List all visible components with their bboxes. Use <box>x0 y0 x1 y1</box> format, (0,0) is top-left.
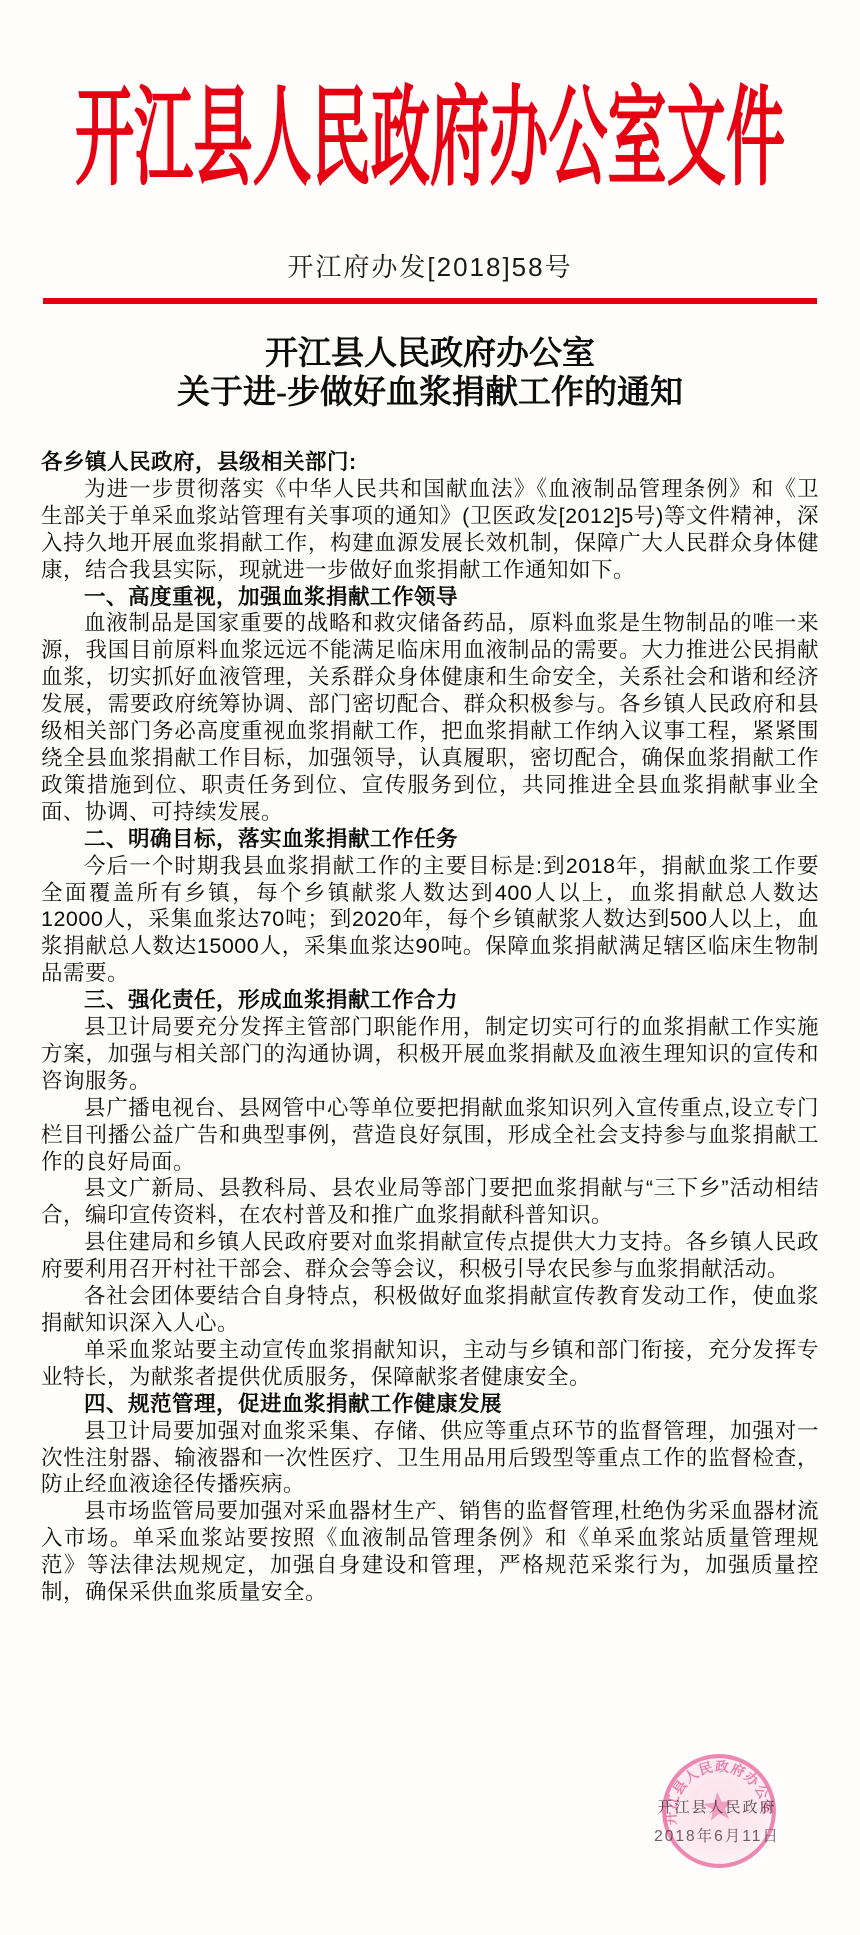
letterhead-org-title: 开江县人民政府办公室文件 <box>75 86 785 195</box>
seal-issuer-text: 开江县人民政府 <box>652 1796 782 1817</box>
official-seal: 开江县人民政府办公室 开江县人民政府 2018年6月11日 <box>650 1748 790 1888</box>
section-heading-2: 二、明确目标，落实血浆捐献工作任务 <box>41 826 819 853</box>
paragraph: 县卫计局要加强对血浆采集、存储、供应等重点环节的监督管理，加强对一次性注射器、输… <box>41 1418 819 1499</box>
paragraph: 县市场监管局要加强对采血器材生产、销售的监督管理,杜绝伪劣采血器材流入市场。单采… <box>41 1498 819 1606</box>
paragraph: 单采血浆站要主动宣传血浆捐献知识，主动与乡镇和部门衔接，充分发挥专业特长，为献浆… <box>41 1337 819 1391</box>
section-heading-1: 一、高度重视，加强血浆捐献工作领导 <box>41 584 819 611</box>
seal-date: 2018年6月11日 <box>642 1824 792 1846</box>
doc-title-line2: 关于进-步做好血浆捐献工作的通知 <box>0 374 860 413</box>
section-heading-3: 三、强化责任，形成血浆捐献工作合力 <box>41 987 819 1014</box>
paragraph: 血液制品是国家重要的战略和救灾储备药品，原料血浆是生物制品的唯一来源，我国目前原… <box>41 610 819 825</box>
section-heading-4: 四、规范管理，促进血浆捐献工作健康发展 <box>41 1391 819 1418</box>
doc-title: 开江县人民政府办公室 关于进-步做好血浆捐献工作的通知 <box>0 335 860 413</box>
paragraph: 县文广新局、县教科局、县农业局等部门要把血浆捐献与“三下乡”活动相结合，编印宣传… <box>41 1175 819 1229</box>
doc-number: 开江府办发[2018]58号 <box>0 252 860 282</box>
red-divider <box>43 298 817 304</box>
paragraph: 县广播电视台、县网管中心等单位要把捐献血浆知识列入宣传重点,设立专门栏目刊播公益… <box>41 1095 819 1176</box>
paragraph: 县住建局和乡镇人民政府要对血浆捐献宣传点提供大力支持。各乡镇人民政府要利用召开村… <box>41 1229 819 1283</box>
paragraph: 各社会团体要结合自身特点，积极做好血浆捐献宣传教育发动工作，使血浆捐献知识深入人… <box>41 1283 819 1337</box>
salutation: 各乡镇人民政府，县级相关部门: <box>41 449 819 476</box>
doc-body: 各乡镇人民政府，县级相关部门: 为进一步贯彻落实《中华人民共和国献血法》《血液制… <box>41 449 819 1606</box>
letterhead: 开江县人民政府办公室文件 <box>0 64 860 216</box>
paragraph-intro: 为进一步贯彻落实《中华人民共和国献血法》《血液制品管理条例》和《卫生部关于单采血… <box>41 476 819 584</box>
doc-title-line1: 开江县人民政府办公室 <box>0 335 860 374</box>
paragraph: 县卫计局要充分发挥主管部门职能作用，制定切实可行的血浆捐献工作实施方案，加强与相… <box>41 1014 819 1095</box>
paragraph: 今后一个时期我县血浆捐献工作的主要目标是:到2018年，捐献血浆工作要全面覆盖所… <box>41 853 819 988</box>
document-page: 开江县人民政府办公室文件 开江府办发[2018]58号 开江县人民政府办公室 关… <box>0 0 860 1935</box>
